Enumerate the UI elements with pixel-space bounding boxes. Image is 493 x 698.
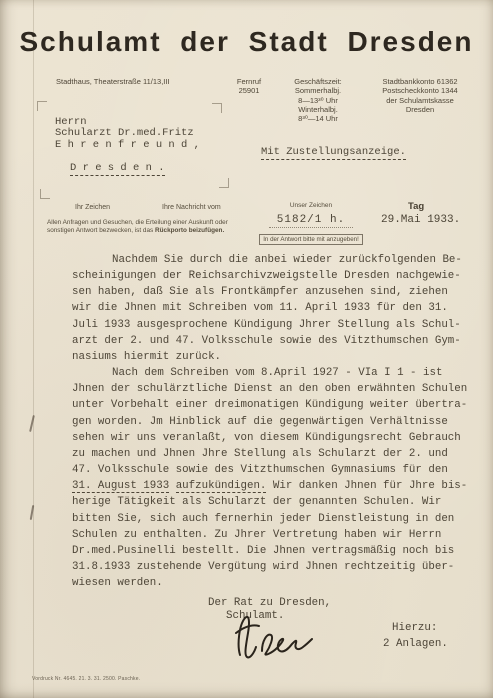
letterhead-hours: Geschäftszeit: Sommerhalbj.8—13³⁰ UhrWin… — [288, 77, 348, 123]
bank-line: Postscheckkonto 1344 — [368, 86, 472, 95]
letterhead-title: Schulamt der Stadt Dresden — [0, 26, 493, 58]
body-text-segment: Nach dem Schreiben vom 8.April 1927 - VI… — [112, 367, 442, 379]
body-text-segment — [169, 480, 175, 492]
hours-line: Sommerhalbj. — [288, 86, 348, 95]
signature-scrawl — [224, 611, 320, 663]
recipient-block: Herrn Schularzt Dr.med.Fritz E h r e n f… — [55, 117, 200, 151]
date-label: Tag — [408, 201, 424, 212]
body-line: sen haben, daß Sie als Frontkämpfer anzu… — [72, 284, 482, 300]
body-line: Jhnen der schulärztliche Dienst an den o… — [72, 381, 482, 397]
body-line: Dr.med.Pusinelli bestellt. Die Jhnen ver… — [72, 543, 482, 559]
body-text-segment: Dr.med.Pusinelli bestellt. Die Jhnen ver… — [72, 545, 454, 557]
body-text-segment: nasiums hiermit zurück. — [72, 351, 221, 363]
letter-body: Nachdem Sie durch die anbei wieder zurüc… — [72, 252, 482, 591]
body-text-segment: Nachdem Sie durch die anbei wieder zurüc… — [112, 254, 462, 266]
fold-line — [33, 0, 34, 698]
your-ref-label: Ihr Zeichen — [75, 204, 110, 211]
phone-label: Fernruf — [226, 77, 272, 86]
recipient-surname: E h r e n f r e u n d , — [55, 140, 200, 151]
body-text-segment: 31.8.1933 zustehende Vergütung wird Jhne… — [72, 561, 454, 573]
letterhead-phone: Fernruf 25901 — [226, 77, 272, 96]
your-message-label: Ihre Nachricht vom — [162, 204, 221, 211]
body-line: bitten Sie, sich auch fernerhin jeder Di… — [72, 511, 482, 527]
recipient-name: Schularzt Dr.med.Fritz — [55, 128, 200, 139]
body-text-segment: 47. Volksschule sowie des Vitzthumschen … — [72, 464, 448, 476]
body-line: Schulen zu enthalten. Zu Jhrer Vertretun… — [72, 527, 482, 543]
body-text-segment: herige Tätigkeit als Schularzt der genan… — [72, 496, 441, 508]
underlined-text: aufzukündigen. — [176, 480, 267, 493]
body-text-segment: Juli 1933 ausgesprochene Kündigung Jhrer… — [72, 319, 461, 331]
pencil-mark — [29, 415, 35, 432]
enclosure-value: 2 Anlagen. — [383, 638, 448, 650]
form-imprint: Vordruck Nr. 4645. 21. 3. 31. 2500. Pasc… — [32, 676, 140, 682]
hours-line: 8³⁰—14 Uhr — [288, 114, 348, 123]
body-line: 47. Volksschule sowie des Vitzthumschen … — [72, 462, 482, 478]
phone-number: 25901 — [226, 86, 272, 95]
body-text-segment: gen worden. Jm Hinblick auf die gegenwär… — [72, 416, 448, 428]
bank-line: Stadtbankkonto 61362 — [368, 77, 472, 86]
letterhead-bank: Stadtbankkonto 61362Postscheckkonto 1344… — [368, 77, 472, 114]
our-ref-block: Unser Zeichen 5182/1 h. In der Antwort b… — [252, 202, 370, 246]
date-value: 29.Mai 1933. — [381, 214, 460, 226]
body-text-segment: wiesen werden. — [72, 577, 163, 589]
address-window-mark-tr — [212, 103, 222, 113]
letter-page: Schulamt der Stadt Dresden Stadthaus, Th… — [0, 0, 493, 698]
bank-line: Dresden — [368, 105, 472, 114]
enclosure-label: Hierzu: — [392, 622, 437, 634]
bank-line: der Schulamtskasse — [368, 96, 472, 105]
postage-note-bold: Rückporto beizufügen. — [155, 227, 224, 234]
body-text-segment: sehen wir uns veranlaßt, von diesem Künd… — [72, 432, 461, 444]
letterhead-address: Stadthaus, Theaterstraße 11/13,III — [56, 77, 196, 86]
body-line: gen worden. Jm Hinblick auf die gegenwär… — [72, 414, 482, 430]
body-line: wiesen werden. — [72, 575, 482, 591]
body-line: Juli 1933 ausgesprochene Kündigung Jhrer… — [72, 317, 482, 333]
postage-note: Allen Anfragen und Gesuchen, die Erteilu… — [47, 219, 239, 235]
body-line: herige Tätigkeit als Schularzt der genan… — [72, 494, 482, 510]
body-text-segment: Wir danken Jhnen für Jhre bis- — [266, 480, 467, 492]
address-window-mark-tl — [37, 101, 47, 111]
body-line: scheinigungen der Reichsarchivzweigstell… — [72, 268, 482, 284]
hours-line: Winterhalbj. — [288, 105, 348, 114]
body-text-segment: unter Vorbehalt einer dreimonatigen Künd… — [72, 399, 467, 411]
body-text-segment: wir die Jhnen mit Schreiben vom 11. Apri… — [72, 302, 448, 314]
hours-line: 8—13³⁰ Uhr — [288, 96, 348, 105]
body-line: unter Vorbehalt einer dreimonatigen Künd… — [72, 397, 482, 413]
hours-lines: Sommerhalbj.8—13³⁰ UhrWinterhalbj.8³⁰—14… — [288, 86, 348, 123]
body-text-segment: Jhnen der schulärztliche Dienst an den o… — [72, 383, 467, 395]
body-line: Nachdem Sie durch die anbei wieder zurüc… — [72, 252, 482, 268]
body-text-segment: arzt der 2. und 47. Volksschule sowie de… — [72, 335, 461, 347]
delivery-note: Mit Zustellungsanzeige. — [261, 146, 406, 158]
address-window-mark-br — [219, 178, 229, 188]
address-window-mark-bl — [40, 189, 50, 199]
body-line: nasiums hiermit zurück. — [72, 349, 482, 365]
body-text-segment: sen haben, daß Sie als Frontkämpfer anzu… — [72, 286, 448, 298]
our-ref-value: 5182/1 h. — [269, 214, 353, 228]
body-line: 31. August 1933 aufzukündigen. Wir danke… — [72, 478, 482, 494]
our-ref-note: In der Antwort bitte mit anzugeben! — [259, 234, 363, 245]
body-line: 31.8.1933 zustehende Vergütung wird Jhne… — [72, 559, 482, 575]
body-text-segment: bitten Sie, sich auch fernerhin jeder Di… — [72, 513, 454, 525]
body-line: sehen wir uns veranlaßt, von diesem Künd… — [72, 430, 482, 446]
body-line: Nach dem Schreiben vom 8.April 1927 - VI… — [72, 365, 482, 381]
body-text-segment: scheinigungen der Reichsarchivzweigstell… — [72, 270, 461, 282]
closing-line-1: Der Rat zu Dresden, — [208, 597, 331, 609]
recipient-city: D r e s d e n . — [70, 162, 165, 174]
body-line: zu machen und Jhnen Jhre Stellung als Sc… — [72, 446, 482, 462]
underlined-text: 31. August 1933 — [72, 480, 169, 493]
body-text-segment: zu machen und Jhnen Jhre Stellung als Sc… — [72, 448, 448, 460]
body-line: wir die Jhnen mit Schreiben vom 11. Apri… — [72, 300, 482, 316]
our-ref-label: Unser Zeichen — [252, 202, 370, 209]
hours-label: Geschäftszeit: — [288, 77, 348, 86]
body-line: arzt der 2. und 47. Volksschule sowie de… — [72, 333, 482, 349]
body-text-segment: Schulen zu enthalten. Zu Jhrer Vertretun… — [72, 529, 441, 541]
